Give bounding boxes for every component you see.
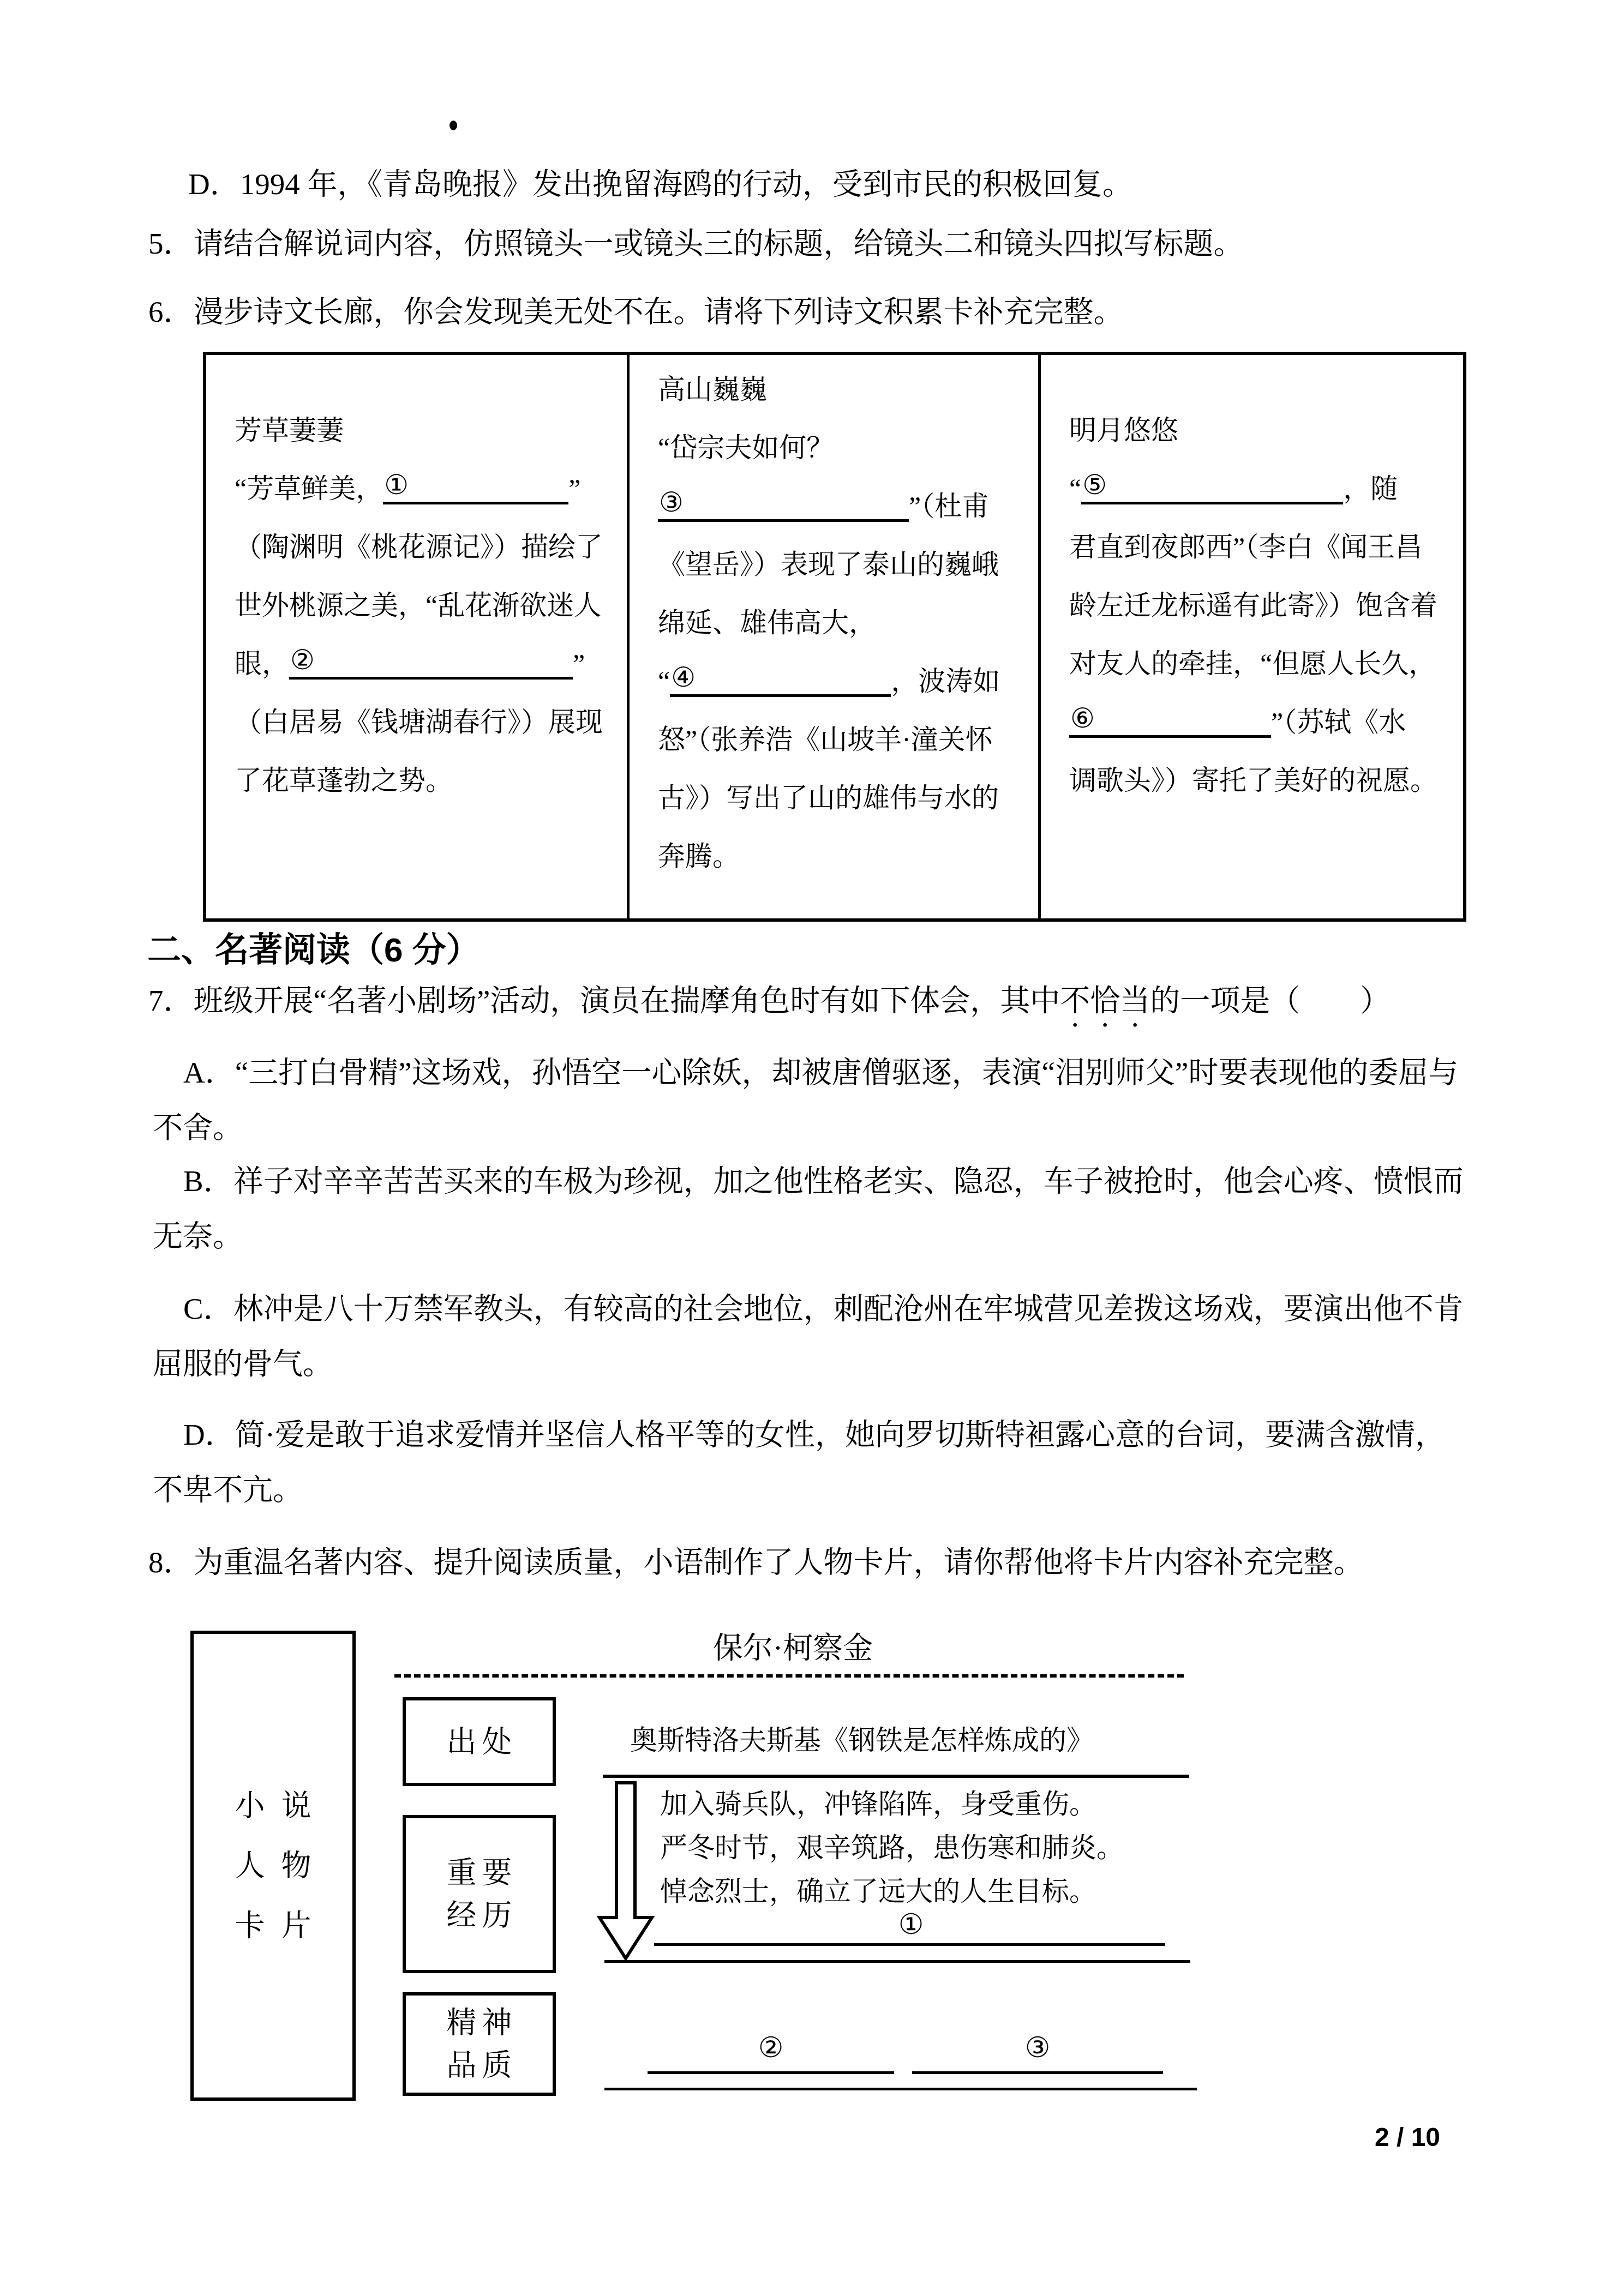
poem-line: 怒”（张养浩《山坡羊·潼关怀 (658, 711, 1028, 769)
spirit-label-box: 精神 品质 (403, 1992, 556, 2096)
question-5: 5．请结合解说词内容，仿照镜头一或镜头三的标题，给镜头二和镜头四拟写标题。 (148, 227, 1244, 260)
poem-line: 龄左迁龙标遥有此寄》）饱含着 (1069, 576, 1453, 635)
text-segment: 《望岳》）表现了泰山的巍峨 (658, 549, 999, 580)
poem-line: 芳草萋萋 (235, 401, 617, 460)
poem-line: （陶渊明《桃花源记》）描绘了 (235, 518, 617, 576)
text-segment: 绵延、雄伟高大， (658, 608, 876, 638)
card-blank-number-1: ① (655, 1910, 1167, 1940)
choice-d-previous-question: D．1994 年，《青岛晚报》发出挽留海鸥的行动，受到市民的积极回复。 (188, 168, 1132, 201)
poem-column-grass: 芳草萋萋 “芳草鲜美，①” （陶渊明《桃花源记》）描绘了 世外桃源之美，“乱花渐… (206, 355, 630, 918)
card-blank-number-2: ② (648, 2033, 894, 2064)
poem-line: “④，波涛如 (658, 652, 1028, 711)
answer-line (604, 2088, 1197, 2090)
text-segment: 古》）写出了山的雄伟与水的 (658, 783, 999, 813)
question-6: 6．漫步诗文长廊，你会发现美无处不在。请将下列诗文积累卡补充完整。 (148, 296, 1124, 328)
text-segment: 调歌头》）寄托了美好的祝愿。 (1069, 765, 1437, 796)
card-blank-number-3: ③ (912, 2033, 1163, 2064)
option-c-line2: 屈服的骨气。 (153, 1348, 333, 1380)
poem-line: （白居易《钱塘湖春行》）展现 (235, 693, 617, 752)
fill-blank-5: ⑤ (1081, 468, 1343, 504)
text-segment: 对友人的牵挂，“但愿人长久， (1069, 648, 1436, 679)
option-c-line1: C．林冲是八十万禁军教头，有较高的社会地位，刺配沧州在牢城营见差拨这场戏，要演出… (183, 1293, 1464, 1325)
answer-line (912, 2071, 1163, 2074)
experience-label-box: 重要 经历 (403, 1815, 556, 1973)
emphasized-text: 不恰当 (1060, 984, 1150, 1017)
poem-line: “⑤，随 (1069, 460, 1453, 518)
stray-dot (450, 121, 457, 130)
text-segment: 君直到夜郎西”（李白《闻王昌 (1069, 532, 1422, 562)
card-side-label-box: 小说 人物 卡片 (190, 1631, 356, 2101)
exam-page: D．1994 年，《青岛晚报》发出挽留海鸥的行动，受到市民的积极回复。 5．请结… (0, 0, 1624, 2296)
text-segment: ”（杜甫 (909, 491, 989, 521)
experience-item: 悼念烈士，确立了远大的人生目标。 (660, 1876, 1096, 1907)
answer-line (654, 1943, 1165, 1946)
poem-line: 世外桃源之美，“乱花渐欲迷人 (235, 576, 617, 635)
text-segment: ” (568, 473, 580, 504)
option-a-line2: 不舍。 (153, 1111, 243, 1144)
fill-blank-2: ② (289, 643, 573, 680)
fill-blank-6: ⑥ (1069, 701, 1271, 738)
option-d-line1: D．简·爱是敢于追求爱情并坚信人格平等的女性，她向罗切斯特袒露心意的台词，要满含… (183, 1419, 1445, 1451)
poem-line: 眼，②” (235, 635, 617, 693)
question-7: 7．班级开展“名著小剧场”活动，演员在揣摩角色时有如下体会，其中不恰当的一项是（… (148, 984, 1390, 1034)
option-b-line2: 无奈。 (153, 1220, 243, 1253)
blank-number: ⑥ (1070, 705, 1095, 732)
blank-number: ③ (659, 489, 684, 516)
fill-blank-1: ① (383, 468, 568, 504)
experience-item: 严冬时节，艰辛筑路，患伤寒和肺炎。 (660, 1832, 1124, 1863)
text-segment: 眼， (235, 648, 289, 679)
blank-number: ⑤ (1082, 471, 1107, 498)
text-segment: 的一项是（ ） (1150, 984, 1390, 1017)
answer-line (648, 2071, 894, 2074)
poem-line: 《望岳》）表现了泰山的巍峨 (658, 536, 1028, 594)
poem-line: 明月悠悠 (1069, 401, 1453, 460)
poem-line: 君直到夜郎西”（李白《闻王昌 (1069, 518, 1453, 576)
text-segment: ”（苏轼《水 (1271, 707, 1406, 737)
experience-label-line: 重要 (441, 1852, 517, 1894)
dashed-divider (394, 1674, 1184, 1678)
text-segment: ，随 (1343, 473, 1398, 504)
source-value: 奥斯特洛夫斯基《钢铁是怎样炼成的》 (630, 1725, 1094, 1756)
source-label: 出处 (441, 1721, 517, 1763)
side-label-line: 人物 (218, 1836, 327, 1896)
poem-line: 古》）写出了山的雄伟与水的 (658, 769, 1028, 827)
side-label-line: 小说 (218, 1776, 327, 1836)
blank-number: ④ (671, 664, 696, 691)
poem-line: “岱宗夫如何？ (658, 419, 1028, 477)
option-a-line1: A．“三打白骨精”这场戏，孙悟空一心除妖，却被唐僧驱逐，表演“泪别师父”时要表现… (183, 1056, 1458, 1089)
text-segment: 高山巍巍 (658, 374, 767, 405)
text-segment: “ (1069, 473, 1081, 504)
answer-line (604, 1960, 1190, 1963)
section-2-heading: 二、名著阅读（6 分） (147, 933, 480, 969)
poem-column-moon: 明月悠悠 “⑤，随 君直到夜郎西”（李白《闻王昌 龄左迁龙标遥有此寄》）饱含着 … (1041, 355, 1463, 918)
text-segment: 了花草蓬勃之势。 (235, 765, 453, 796)
option-b-line1: B．祥子对辛辛苦苦买来的车极为珍视，加之他性格老实、隐忍，车子被抢时，他会心疼、… (183, 1165, 1464, 1198)
text-segment: “芳草鲜美， (235, 473, 383, 504)
source-label-box: 出处 (403, 1697, 556, 1786)
experience-label-line: 经历 (441, 1894, 517, 1937)
page-number: 2 / 10 (1342, 2123, 1473, 2153)
side-label-line: 卡片 (218, 1896, 327, 1956)
poem-line: ③”（杜甫 (658, 477, 1028, 536)
text-segment: ” (573, 648, 585, 679)
poem-line: 高山巍巍 (658, 360, 1028, 419)
poem-line: 奔腾。 (658, 827, 1028, 886)
source-underline (603, 1775, 1189, 1778)
text-segment: （陶渊明《桃花源记》）描绘了 (235, 532, 603, 562)
blank-number: ① (384, 471, 409, 498)
question-8: 8．为重温名著内容、提升阅读质量，小语制作了人物卡片，请你帮他将卡片内容补充完整… (148, 1546, 1364, 1579)
text-segment: “岱宗夫如何？ (658, 432, 834, 463)
poem-accumulation-table: 芳草萋萋 “芳草鲜美，①” （陶渊明《桃花源记》）描绘了 世外桃源之美，“乱花渐… (203, 352, 1466, 922)
poem-line: “芳草鲜美，①” (235, 460, 617, 518)
down-arrow-icon (593, 1781, 658, 1961)
card-title: 保尔·柯察金 (398, 1632, 1188, 1664)
blank-number: ② (290, 646, 315, 674)
poem-line: 对友人的牵挂，“但愿人长久， (1069, 635, 1453, 693)
text-segment: 7．班级开展“名著小剧场”活动，演员在揣摩角色时有如下体会，其中 (148, 984, 1060, 1017)
text-segment: 世外桃源之美，“乱花渐欲迷人 (235, 590, 601, 621)
text-segment: 明月悠悠 (1069, 415, 1178, 446)
poem-line: 绵延、雄伟高大， (658, 594, 1028, 652)
text-segment: “ (658, 666, 670, 696)
fill-blank-3: ③ (658, 485, 909, 522)
experience-item: 加入骑兵队，冲锋陷阵，身受重伤。 (660, 1789, 1096, 1819)
poem-line: 调歌头》）寄托了美好的祝愿。 (1069, 752, 1453, 810)
poem-column-mountain: 高山巍巍 “岱宗夫如何？ ③”（杜甫 《望岳》）表现了泰山的巍峨 绵延、雄伟高大… (630, 355, 1041, 918)
fill-blank-4: ④ (670, 660, 891, 697)
text-segment: 奔腾。 (658, 841, 740, 871)
text-segment: （白居易《钱塘湖春行》）展现 (235, 707, 603, 737)
text-segment: ，波涛如 (891, 666, 1000, 696)
text-segment: 怒”（张养浩《山坡羊·潼关怀 (658, 724, 993, 755)
text-segment: 龄左迁龙标遥有此寄》）饱含着 (1069, 590, 1437, 621)
spirit-label-line: 品质 (441, 2044, 517, 2087)
spirit-label-line: 精神 (441, 2002, 517, 2044)
text-segment: 芳草萋萋 (235, 415, 344, 446)
poem-line: 了花草蓬勃之势。 (235, 752, 617, 810)
option-d-line2: 不卑不亢。 (153, 1474, 303, 1506)
poem-line: ⑥”（苏轼《水 (1069, 693, 1453, 752)
